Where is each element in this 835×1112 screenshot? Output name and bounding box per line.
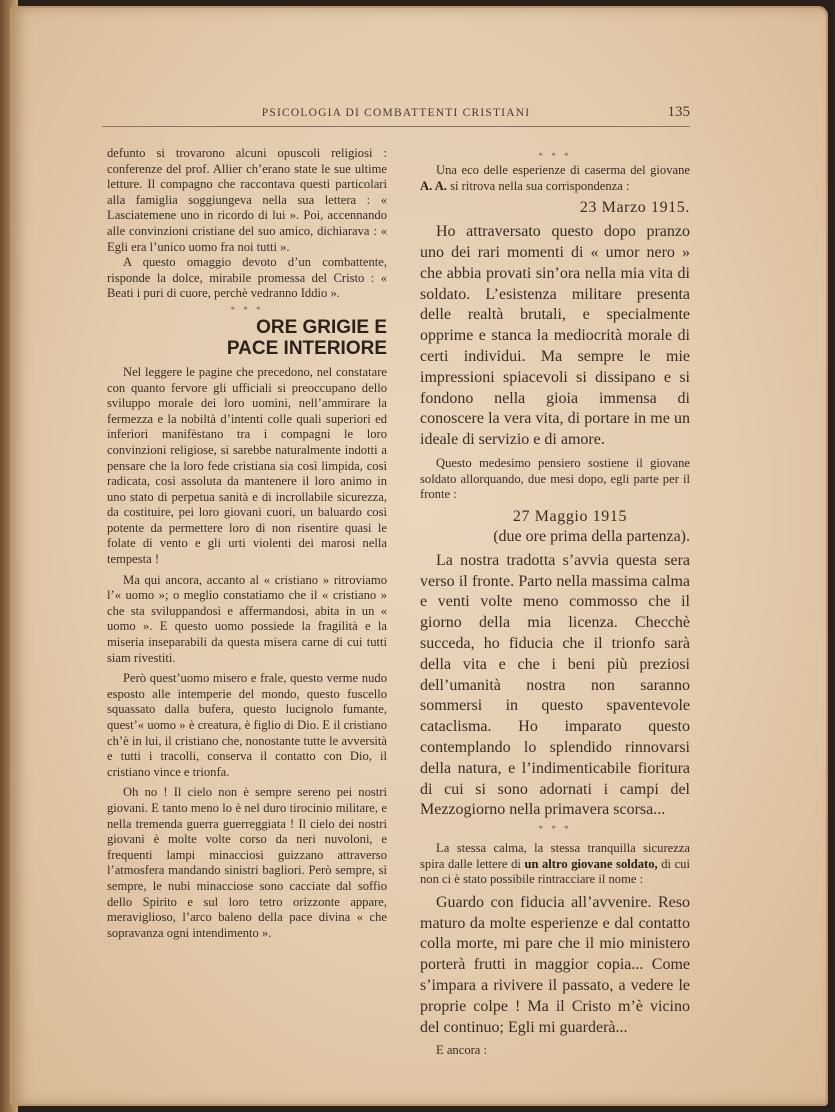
outro-line: E ancora : (420, 1043, 690, 1059)
running-title: PSICOLOGIA DI COMBATTENTI CRISTIANI (102, 107, 690, 119)
letter-quote: Guardo con fiducia all’avvenire. Reso ma… (420, 893, 690, 1039)
intro-paragraph: La stessa calma, la stessa tranquilla si… (420, 841, 690, 888)
paragraph: Nel leggere le pagine che precedono, nel… (107, 365, 387, 568)
paragraph: defunto si trovarono alcuni opuscoli rel… (107, 146, 387, 255)
page-number: 135 (668, 104, 691, 121)
letter-date-note: (due ore prima della partenza). (420, 527, 690, 547)
letter-date: 23 Marzo 1915. (420, 198, 690, 218)
letter-quote: La nostra tradotta s’avvia questa sera v… (420, 551, 690, 821)
right-column: * * * Una eco delle esperienze di caserm… (420, 148, 690, 1059)
section-heading: ORE GRIGIE E PACE INTERIORE (107, 317, 387, 359)
intro-paragraph: Una eco delle esperienze di caserma del … (420, 163, 690, 194)
left-column: defunto si trovarono alcuni opuscoli rel… (107, 146, 387, 941)
letter-quote: Ho attraversato questo dopo pranzo uno d… (420, 222, 690, 451)
letter-date: 27 Maggio 1915 (420, 507, 690, 527)
section-separator: * * * (420, 824, 690, 834)
section-separator: * * * (107, 305, 387, 315)
paragraph: Però quest’uomo misero e frale, questo v… (107, 671, 387, 780)
person-initials: A. A. (420, 179, 447, 193)
heading-line: PACE INTERIORE (107, 338, 387, 359)
section-separator: * * * (420, 151, 690, 161)
intro-paragraph: Questo medesimo pensiero sostiene il gio… (420, 456, 690, 503)
person-description: un altro giovane soldato, (524, 857, 657, 871)
heading-line: ORE GRIGIE E (107, 317, 387, 338)
paragraph: Oh no ! Il cielo non è sempre sereno pei… (107, 785, 387, 941)
paragraph: A questo omaggio devoto d’un combattente… (107, 255, 387, 302)
paragraph: Ma qui ancora, accanto al « cristiano » … (107, 573, 387, 667)
page-header: PSICOLOGIA DI COMBATTENTI CRISTIANI 135 (102, 104, 690, 127)
